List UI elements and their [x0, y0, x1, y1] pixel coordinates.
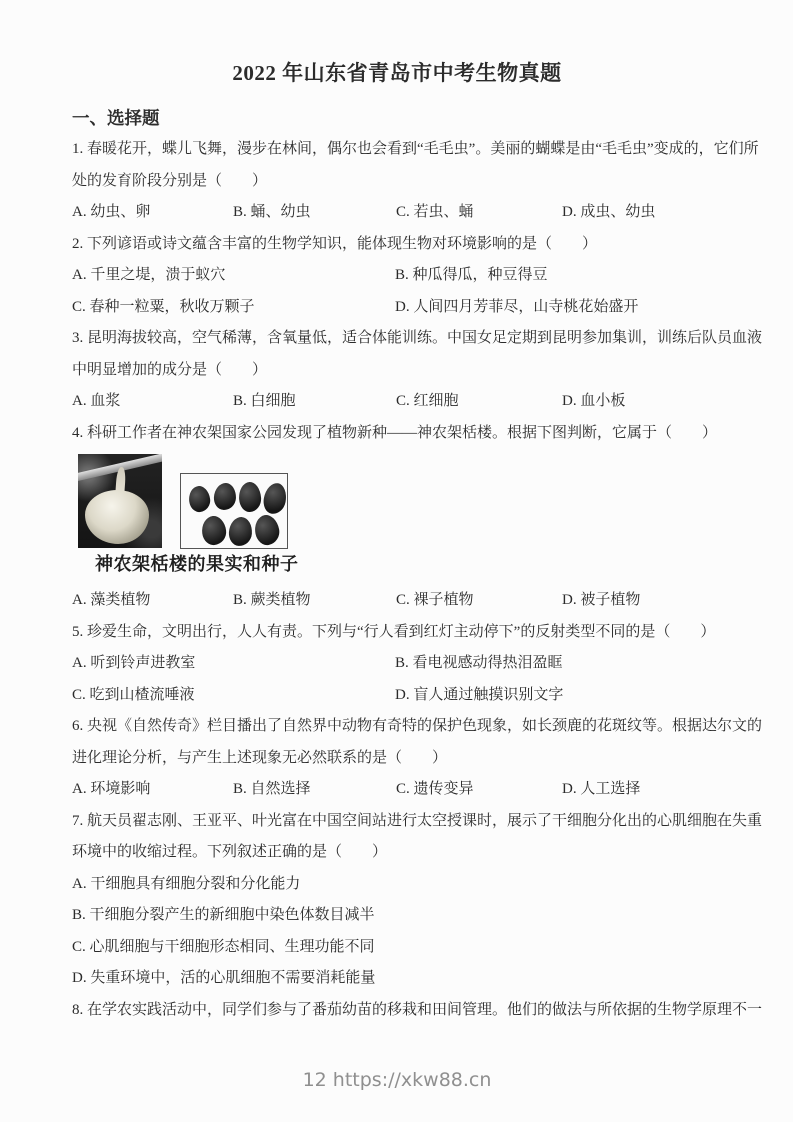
seeds-photo: [180, 473, 288, 549]
question-4-line-1: 4. 科研工作者在神农架国家公园发现了植物新种——神农架栝楼。根据下图判断，它属…: [72, 418, 722, 450]
section-heading: 一、选择题: [72, 103, 722, 134]
seed-shape: [200, 515, 227, 547]
question-6-options: A. 环境影响 B. 自然选择 C. 遗传变异 D. 人工选择: [72, 774, 722, 806]
q5-option-b: B. 看电视感动得热泪盈眶: [395, 648, 722, 680]
question-2-options-ab: A. 千里之堤，溃于蚁穴 B. 种瓜得瓜，种豆得豆: [72, 260, 722, 292]
q5-option-d: D. 盲人通过触摸识别文字: [395, 680, 722, 712]
q4-option-c: C. 裸子植物: [396, 585, 562, 617]
question-5-options-ab: A. 听到铃声进教室 B. 看电视感动得热泪盈眶: [72, 648, 722, 680]
question-5-line-1: 5. 珍爱生命，文明出行，人人有责。下列与“行人看到红灯主动停下”的反射类型不同…: [72, 617, 722, 649]
question-2-options-cd: C. 春种一粒粟，秋收万颗子 D. 人间四月芳菲尽，山寺桃花始盛开: [72, 292, 722, 324]
question-5-options-cd: C. 吃到山楂流唾液 D. 盲人通过触摸识别文字: [72, 680, 722, 712]
question-8-line-1: 8. 在学农实践活动中，同学们参与了番茄幼苗的移栽和田间管理。他们的做法与所依据…: [72, 995, 722, 1027]
question-6-line-2: 进化理论分析，与产生上述现象无必然联系的是（ ）: [72, 743, 722, 775]
q3-option-b: B. 白细胞: [233, 386, 396, 418]
seed-shape: [261, 481, 288, 515]
q3-option-a: A. 血浆: [72, 386, 233, 418]
question-6-line-1: 6. 央视《自然传奇》栏目播出了自然界中动物有奇特的保护色现象，如长颈鹿的花斑纹…: [72, 711, 722, 743]
seed-shape: [187, 485, 211, 514]
question-2-line-1: 2. 下列谚语或诗文蕴含丰富的生物学知识，能体现生物对环境影响的是（ ）: [72, 229, 722, 261]
seed-shape: [238, 481, 262, 512]
question-7-line-1: 7. 航天员翟志刚、王亚平、叶光富在中国空间站进行太空授课时，展示了干细胞分化出…: [72, 806, 722, 838]
question-3-line-1: 3. 昆明海拔较高，空气稀薄，含氧量低，适合体能训练。中国女足定期到昆明参加集训…: [72, 323, 722, 355]
q1-option-c: C. 若虫、蛹: [396, 197, 562, 229]
footer-watermark: 12 https://xkw88.cn: [72, 1068, 722, 1092]
q5-option-c: C. 吃到山楂流唾液: [72, 680, 395, 712]
q6-option-d: D. 人工选择: [562, 774, 722, 806]
figure-caption: 神农架栝楼的果实和种子: [95, 552, 722, 578]
question-3-line-2: 中明显增加的成分是（ ）: [72, 355, 722, 387]
q1-option-a: A. 幼虫、卵: [72, 197, 233, 229]
q7-option-c: C. 心肌细胞与干细胞形态相同、生理功能不同: [72, 932, 722, 964]
q7-option-b: B. 干细胞分裂产生的新细胞中染色体数目减半: [72, 900, 722, 932]
fruit-photo: [78, 454, 162, 548]
seed-shape: [213, 482, 236, 510]
q6-option-a: A. 环境影响: [72, 774, 233, 806]
q2-option-c: C. 春种一粒粟，秋收万颗子: [72, 292, 395, 324]
q4-option-a: A. 藻类植物: [72, 585, 233, 617]
q4-option-b: B. 蕨类植物: [233, 585, 396, 617]
q7-option-d: D. 失重环境中，活的心肌细胞不需要消耗能量: [72, 963, 722, 995]
q6-option-b: B. 自然选择: [233, 774, 396, 806]
question-7-line-2: 环境中的收缩过程。下列叙述正确的是（ ）: [72, 837, 722, 869]
q5-option-a: A. 听到铃声进教室: [72, 648, 395, 680]
exam-page: 2022 年山东省青岛市中考生物真题 一、选择题 1. 春暖花开，蝶儿飞舞，漫步…: [0, 0, 793, 1092]
page-title: 2022 年山东省青岛市中考生物真题: [72, 0, 722, 90]
q2-option-b: B. 种瓜得瓜，种豆得豆: [395, 260, 722, 292]
question-4-options: A. 藻类植物 B. 蕨类植物 C. 裸子植物 D. 被子植物: [72, 585, 722, 617]
q1-option-b: B. 蛹、幼虫: [233, 197, 396, 229]
question-4-figure: 神农架栝楼的果实和种子: [78, 454, 722, 578]
seed-shape: [228, 516, 253, 547]
q3-option-d: D. 血小板: [562, 386, 722, 418]
q2-option-a: A. 千里之堤，溃于蚁穴: [72, 260, 395, 292]
q1-option-d: D. 成虫、幼虫: [562, 197, 722, 229]
q2-option-d: D. 人间四月芳菲尽，山寺桃花始盛开: [395, 292, 722, 324]
figure-photos: [78, 454, 722, 548]
question-1-line-1: 1. 春暖花开，蝶儿飞舞，漫步在林间，偶尔也会看到“毛毛虫”。美丽的蝴蝶是由“毛…: [72, 134, 722, 166]
question-1-options: A. 幼虫、卵 B. 蛹、幼虫 C. 若虫、蛹 D. 成虫、幼虫: [72, 197, 722, 229]
fruit-shape: [85, 490, 149, 544]
question-3-options: A. 血浆 B. 白细胞 C. 红细胞 D. 血小板: [72, 386, 722, 418]
question-1-line-2: 处的发育阶段分别是（ ）: [72, 166, 722, 198]
q6-option-c: C. 遗传变异: [396, 774, 562, 806]
q3-option-c: C. 红细胞: [396, 386, 562, 418]
seed-shape: [252, 513, 281, 547]
q4-option-d: D. 被子植物: [562, 585, 722, 617]
q7-option-a: A. 干细胞具有细胞分裂和分化能力: [72, 869, 722, 901]
